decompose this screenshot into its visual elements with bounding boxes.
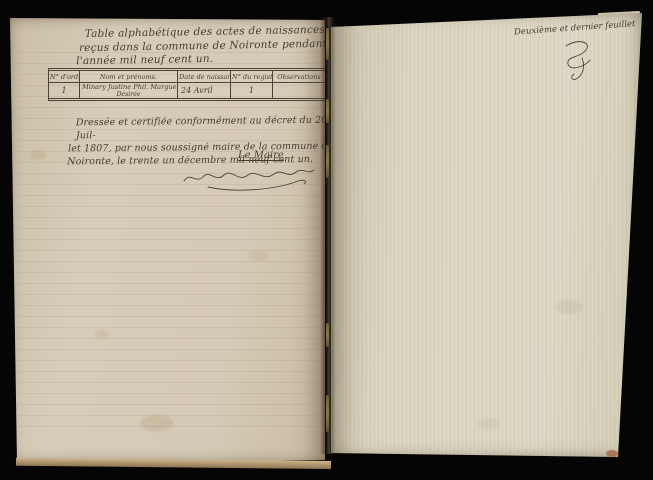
- binding-stitch: [326, 395, 329, 432]
- cell-order: 1: [49, 83, 80, 98]
- births-index-table: N° d'ordre. Nom et prénoms. Date de nais…: [48, 68, 326, 101]
- mayor-signature: [180, 163, 320, 195]
- verifier-paraph-signature: [552, 38, 612, 84]
- binding-stitch: [326, 99, 329, 123]
- col-header-observations: Observations: [273, 71, 325, 83]
- binding-stitch: [326, 323, 329, 347]
- folio-corner-note: Deuxième et dernier feuillet: [514, 18, 644, 37]
- col-header-register-no: N° du registre: [231, 71, 273, 83]
- scanned-register-spread: Deuxième et dernier feuillet Table alpha…: [0, 0, 653, 480]
- cell-observations: [273, 83, 325, 98]
- right-page: Deuxième et dernier feuillet: [331, 12, 642, 458]
- left-page: Table alphabétique des actes de naissanc…: [10, 16, 325, 463]
- table-inner-frame: N° d'ordre. Nom et prénoms. Date de nais…: [49, 70, 325, 99]
- table-header-row: N° d'ordre. Nom et prénoms. Date de nais…: [49, 71, 325, 83]
- binding-stitch: [326, 28, 329, 60]
- table-row: 1 Minary Justine Phil. Marguerite Désiré…: [49, 83, 325, 98]
- cell-name: Minary Justine Phil. Marguerite Désirée: [80, 83, 178, 98]
- signature-caption: Le Maire: [238, 150, 284, 161]
- certification-line: Dressée et certifiée conformément au déc…: [76, 114, 338, 143]
- name-line-2: Désirée: [81, 92, 176, 99]
- col-header-name: Nom et prénoms.: [80, 71, 178, 83]
- col-header-birthdate: Date de naissance: [178, 71, 231, 83]
- cell-birthdate: 24 Avril: [178, 83, 231, 98]
- page-title: Table alphabétique des actes de naissanc…: [74, 24, 331, 69]
- col-header-order: N° d'ordre.: [49, 71, 80, 83]
- cell-register-no: 1: [231, 83, 273, 98]
- certification-statement: Dressée et certifiée conformément au déc…: [66, 114, 339, 169]
- binding-stitch: [326, 145, 329, 178]
